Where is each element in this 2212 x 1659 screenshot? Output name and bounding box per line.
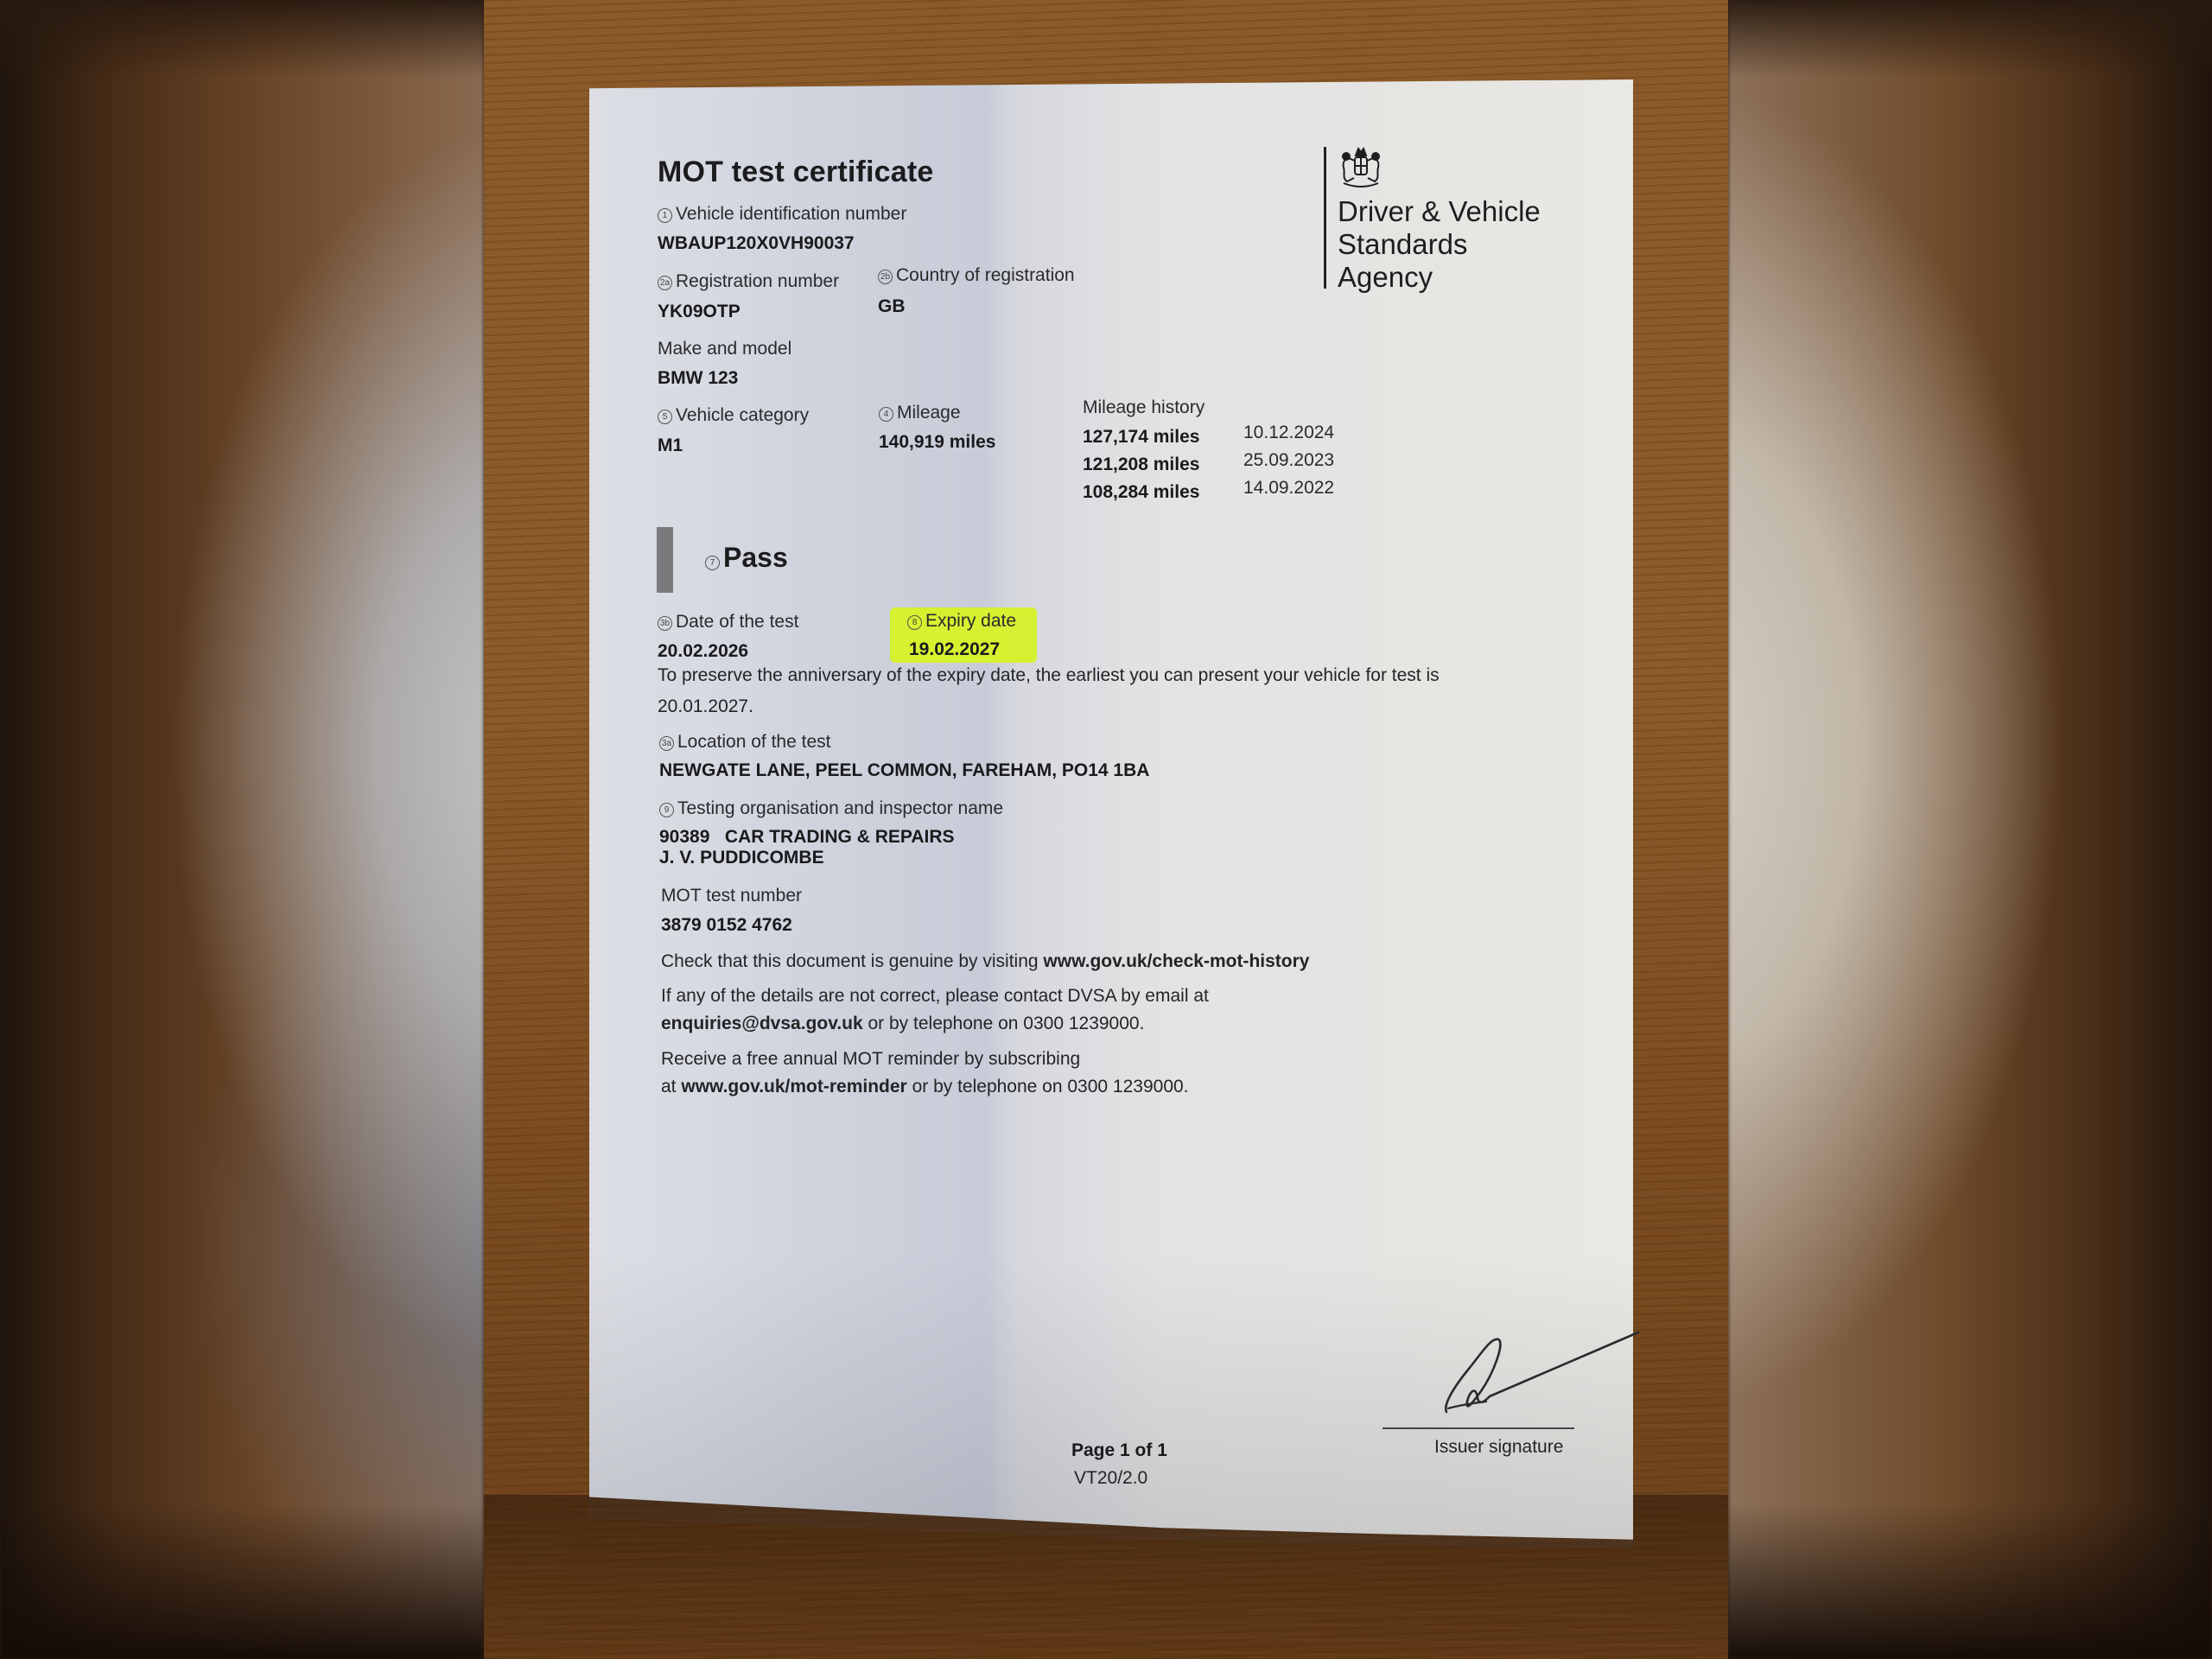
- mileage-label: 4Mileage: [879, 403, 961, 423]
- mileage-history-miles: 127,174 miles: [1083, 427, 1199, 448]
- test-date-label: 3bDate of the test: [658, 612, 798, 632]
- result-indicator-bar: [657, 527, 673, 593]
- royal-coat-of-arms-icon: [1335, 143, 1387, 192]
- vin-value: WBAUP120X0VH90037: [658, 233, 855, 254]
- form-code: VT20/2.0: [1074, 1468, 1147, 1489]
- make-model-label: Make and model: [658, 339, 791, 359]
- field-number-badge: 2b: [878, 270, 893, 284]
- expiry-date-value: 19.02.2027: [909, 639, 1000, 660]
- check-mot-history-link[interactable]: www.gov.uk/check-mot-history: [1043, 951, 1309, 971]
- page-title: MOT test certificate: [658, 156, 934, 189]
- agency-name-line-2: Standards: [1338, 228, 1467, 261]
- mot-reminder-link[interactable]: www.gov.uk/mot-reminder: [681, 1077, 906, 1096]
- check-genuine-text: Check that this document is genuine by v…: [661, 951, 1309, 972]
- inspector-name: J. V. PUDDICOMBE: [659, 848, 824, 868]
- agency-name-line-3: Agency: [1338, 261, 1433, 294]
- field-number-badge: 1: [658, 208, 672, 223]
- organisation-label: 9Testing organisation and inspector name: [659, 798, 1003, 819]
- result-label: Pass: [723, 542, 788, 573]
- signature-line: [1382, 1427, 1574, 1429]
- field-number-badge: 3b: [658, 616, 672, 631]
- field-number-badge: 8: [907, 615, 922, 630]
- organisation-value: 90389 CAR TRADING & REPAIRS: [659, 827, 955, 848]
- field-number-badge: 3a: [659, 736, 674, 751]
- expiry-date-label: 8Expiry date: [907, 611, 1016, 632]
- issuer-signature-mark: [1434, 1322, 1642, 1426]
- agency-name-line-1: Driver & Vehicle: [1338, 195, 1541, 228]
- mileage-history-miles: 121,208 miles: [1083, 454, 1199, 475]
- anniversary-note: To preserve the anniversary of the expir…: [658, 665, 1440, 686]
- country-value: GB: [878, 296, 906, 317]
- mileage-history-miles: 108,284 miles: [1083, 482, 1199, 503]
- mileage-history-label: Mileage history: [1083, 397, 1205, 418]
- mileage-history-date: 10.12.2024: [1243, 423, 1334, 443]
- vehicle-category-label: 5Vehicle category: [658, 405, 809, 426]
- registration-value: YK09OTP: [658, 302, 741, 322]
- anniversary-note-date: 20.01.2027.: [658, 696, 753, 717]
- field-number-badge: 4: [879, 407, 893, 422]
- registration-label: 2aRegistration number: [658, 271, 839, 292]
- test-result: 7Pass: [705, 542, 788, 574]
- test-number-label: MOT test number: [661, 886, 802, 906]
- page-number: Page 1 of 1: [1071, 1440, 1167, 1461]
- email-link[interactable]: enquiries@dvsa.gov.uk: [661, 1014, 863, 1033]
- signature-label: Issuer signature: [1434, 1437, 1563, 1458]
- contact-text-2: enquiries@dvsa.gov.uk or by telephone on…: [661, 1014, 1144, 1034]
- test-date-value: 20.02.2026: [658, 641, 748, 662]
- vin-label: 1Vehicle identification number: [658, 204, 906, 225]
- contact-text: If any of the details are not correct, p…: [661, 986, 1209, 1007]
- reminder-text-2: at www.gov.uk/mot-reminder or by telepho…: [661, 1077, 1189, 1097]
- reminder-text: Receive a free annual MOT reminder by su…: [661, 1049, 1080, 1070]
- country-label: 2bCountry of registration: [878, 265, 1075, 286]
- mileage-value: 140,919 miles: [879, 432, 995, 453]
- logo-divider: [1324, 147, 1326, 289]
- location-label: 3aLocation of the test: [659, 732, 830, 753]
- vehicle-category-value: M1: [658, 435, 683, 456]
- test-number-value: 3879 0152 4762: [661, 915, 792, 936]
- make-model-value: BMW 123: [658, 368, 738, 389]
- mileage-history-date: 14.09.2022: [1243, 478, 1334, 499]
- field-number-badge: 9: [659, 803, 674, 817]
- field-number-badge: 2a: [658, 276, 672, 290]
- field-number-badge: 5: [658, 410, 672, 424]
- mot-certificate: MOT test certificate Driver & Vehicle St…: [0, 0, 2212, 1659]
- mileage-history-date: 25.09.2023: [1243, 450, 1334, 471]
- field-number-badge: 7: [705, 556, 720, 570]
- location-value: NEWGATE LANE, PEEL COMMON, FAREHAM, PO14…: [659, 760, 1149, 781]
